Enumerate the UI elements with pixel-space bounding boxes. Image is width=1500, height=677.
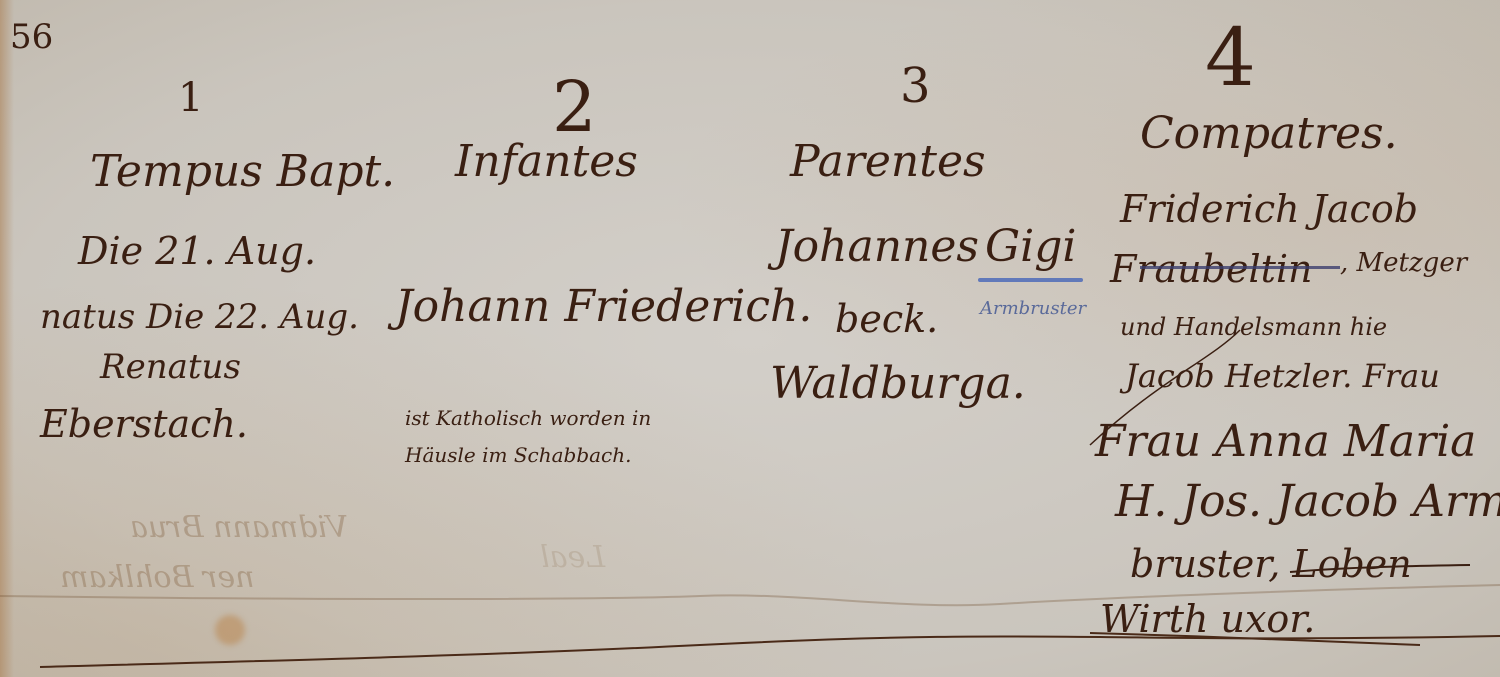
godparent-line-1: Friderich Jacob bbox=[1120, 190, 1418, 228]
column-number-1: 1 bbox=[178, 78, 203, 118]
column-number-4: 4 bbox=[1205, 18, 1256, 98]
tempus-line-1: Die 21. Aug. bbox=[78, 232, 316, 270]
godparent-line-4: Jacob Hetzler. Frau bbox=[1125, 360, 1440, 392]
godparent-line-6: H. Jos. Jacob Arm- bbox=[1115, 480, 1500, 524]
godparent-line-8: Wirth uxor. bbox=[1100, 600, 1315, 638]
column-heading-compatres: Compatres. bbox=[1140, 112, 1398, 156]
manuscript-page: Vidmann Brua ner Bohlkam Leal 56 1 2 3 4… bbox=[0, 0, 1500, 677]
column-number-3: 3 bbox=[900, 62, 931, 110]
godparent-line-7: bruster, Loben bbox=[1130, 545, 1412, 583]
father-surname: Gigi bbox=[985, 225, 1076, 269]
godparent-line-5: Frau Anna Maria bbox=[1095, 420, 1476, 464]
column-heading-infantes: Infantes bbox=[455, 140, 638, 184]
tempus-line-2: natus Die 22. Aug. bbox=[40, 300, 359, 334]
pencil-underline bbox=[978, 278, 1083, 282]
father-first-name: Johannes bbox=[775, 225, 979, 269]
godparent-line-2-rest: , Metzger bbox=[1340, 250, 1467, 276]
infant-note-line-1: ist Katholisch worden in bbox=[405, 408, 651, 428]
strikethrough-line bbox=[1140, 266, 1340, 269]
infant-note-line-2: Häusle im Schabbach. bbox=[405, 445, 632, 465]
infant-name: Johann Friederich. bbox=[395, 285, 812, 329]
godparent-line-2-struck: Fraubeltin bbox=[1110, 250, 1313, 288]
father-line-2: beck. bbox=[835, 300, 938, 338]
column-heading-parentes: Parentes bbox=[790, 140, 986, 184]
godparent-line-3: und Handelsmann hie bbox=[1120, 315, 1387, 339]
mother-name: Waldburga. bbox=[770, 362, 1026, 406]
father-surname-pencil-correction: Armbruster bbox=[980, 298, 1086, 319]
column-number-2: 2 bbox=[552, 72, 597, 142]
page-number: 56 bbox=[10, 20, 53, 54]
column-heading-tempus: Tempus Bapt. bbox=[90, 150, 395, 194]
tempus-line-3: Renatus bbox=[100, 350, 241, 384]
tempus-line-4: Eberstach. bbox=[40, 405, 248, 443]
